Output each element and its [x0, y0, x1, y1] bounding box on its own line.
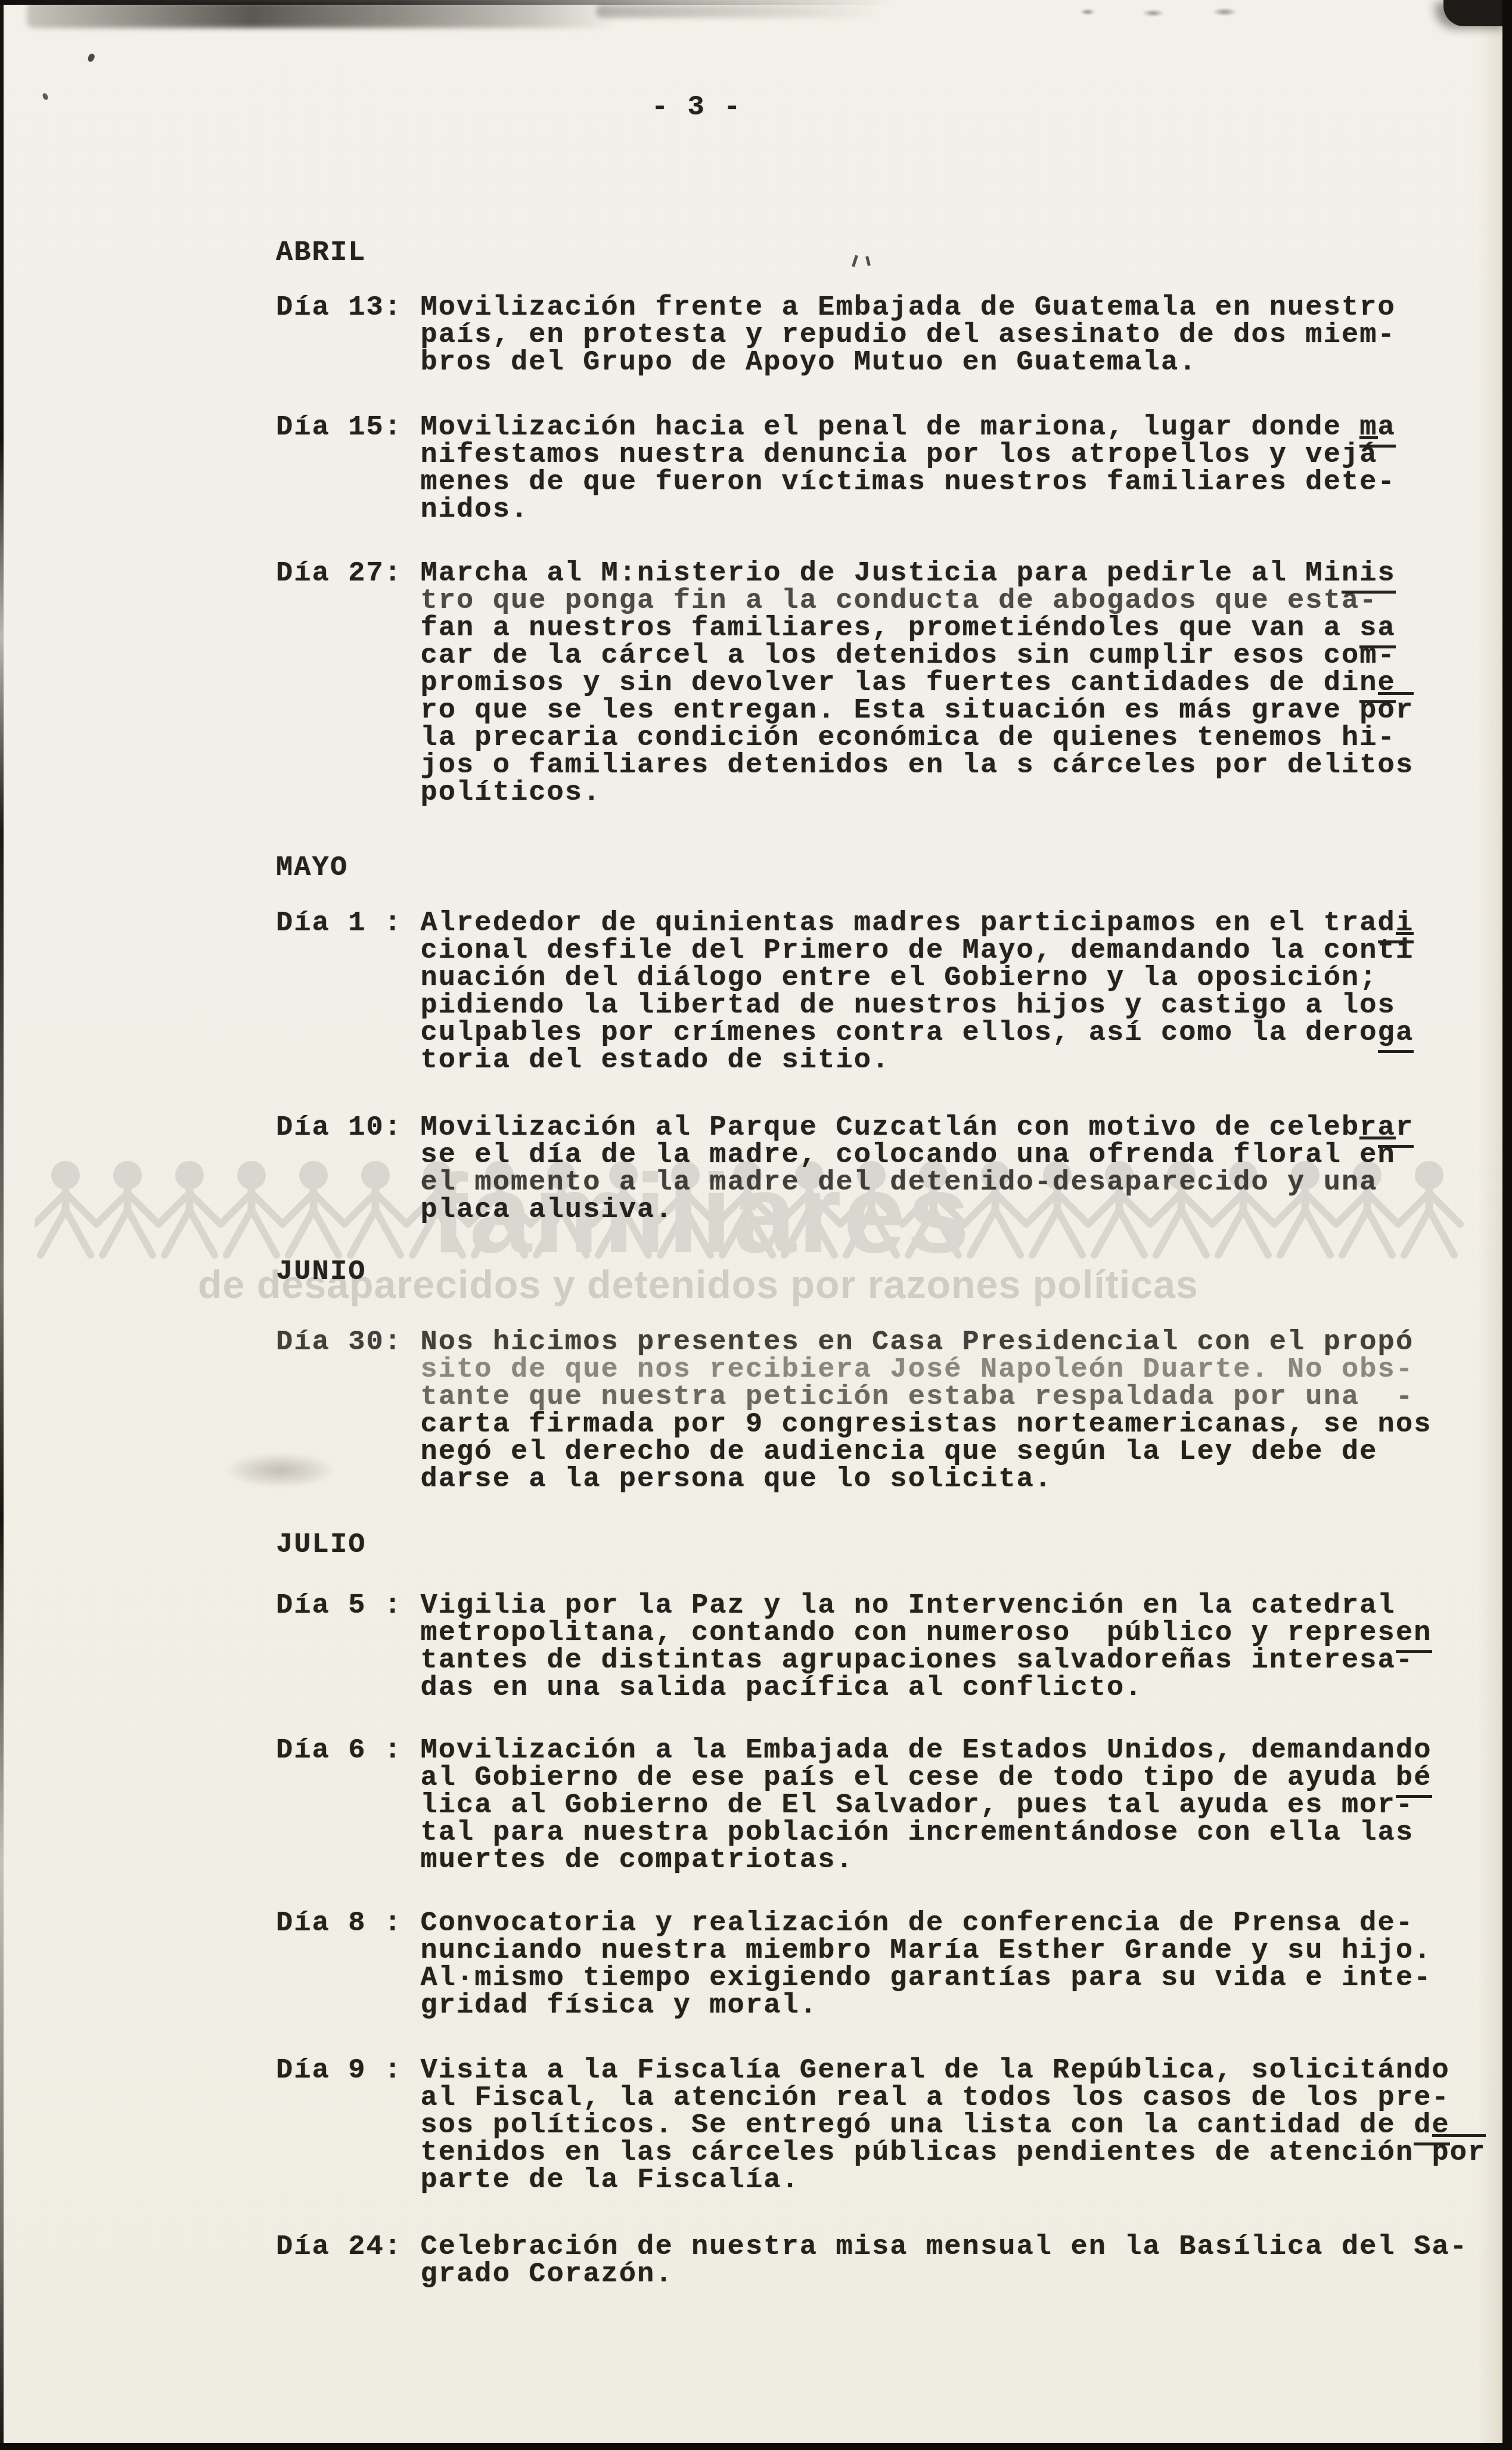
doc-line: bros del Grupo de Apoyo Mutuo en Guatema…: [276, 349, 1197, 377]
month-heading: MAYO: [276, 855, 348, 882]
scan-smudge: [27, 2, 617, 28]
doc-line: políticos.: [276, 780, 601, 807]
scan-edge-bottom: [0, 2443, 1512, 2450]
continuation-syllable: i: [1396, 932, 1414, 967]
doc-line: Día 6 : Movilización a la Embajada de Es…: [276, 1737, 1432, 1765]
doc-line: Día 15: Movilización hacia el penal de m…: [276, 414, 1396, 442]
doc-line: al Gobierno de ese país el cese de todo …: [276, 1765, 1432, 1792]
doc-line: negó el derecho de audiencia que según l…: [276, 1439, 1378, 1466]
scan-tick-marks: [852, 255, 876, 271]
scan-edge-shade: [1477, 0, 1502, 2450]
doc-line: muertes de compatriotas.: [276, 1847, 854, 1874]
scan-speck: [87, 53, 95, 63]
scan-edge-right: [1502, 0, 1512, 2450]
doc-line: Día 9 : Visita a la Fiscalía General de …: [276, 2057, 1450, 2085]
doc-line: nunciando nuestra miembro María Esther G…: [276, 1937, 1432, 1965]
doc-line: Día 13: Movilización frente a Embajada d…: [276, 294, 1396, 322]
doc-line: tro que ponga fin a la conducta de aboga…: [276, 588, 1378, 615]
doc-line: Día 27: Marcha al M:nisterio de Justicia…: [276, 560, 1396, 588]
doc-line: das en una salida pacífica al conflicto.: [276, 1675, 1143, 1702]
doc-line: pidiendo la libertad de nuestros hijos y…: [276, 992, 1396, 1020]
doc-line: metropolitana, contando con numeroso púb…: [276, 1620, 1432, 1647]
doc-line: al Fiscal, la atención real a todos los …: [276, 2085, 1450, 2112]
doc-line: fan a nuestros familiares, prometiéndole…: [276, 615, 1396, 642]
doc-line: cional desfile del Primero de Mayo, dema…: [276, 937, 1414, 965]
scan-corner-smudge: [1443, 0, 1512, 26]
doc-line: culpables por crímenes contra ellos, así…: [276, 1020, 1414, 1047]
doc-line: sito de que nos recibiera José Napoleón …: [276, 1356, 1414, 1384]
doc-line: Día 8 : Convocatoria y realización de co…: [276, 1910, 1414, 1937]
doc-line: se el día de la madre, colocando una ofr…: [276, 1142, 1396, 1169]
scan-edge-left: [0, 0, 4, 2450]
scan-speck: [42, 92, 49, 101]
doc-line: carta firmada por 9 congresistas norteam…: [276, 1411, 1432, 1439]
doc-line: Día 30: Nos hicimos presentes en Casa Pr…: [276, 1329, 1414, 1356]
scan-smudge: [596, 5, 882, 18]
doc-line: nuación del diálogo entre el Gobierno y …: [276, 965, 1378, 992]
doc-line: el momento a la madre del detenido-desap…: [276, 1169, 1378, 1197]
doc-line: Día 24: Celebración de nuestra misa mens…: [276, 2234, 1468, 2261]
month-heading: JULIO: [276, 1532, 367, 1559]
doc-line: gridad física y moral.: [276, 1992, 818, 2020]
doc-line: toria del estado de sitio.: [276, 1047, 890, 1075]
doc-line: car de la cárcel a los detenidos sin cum…: [276, 642, 1396, 670]
month-heading: ABRIL: [276, 240, 367, 267]
continuation-syllable: ga: [1378, 1017, 1414, 1053]
doc-line: la precaria condición económica de quien…: [276, 725, 1396, 752]
doc-line: Día 10: Movilización al Parque Cuzcatlán…: [276, 1114, 1414, 1142]
continuation-syllable: en: [1359, 1136, 1396, 1171]
doc-line: tal para nuestra población incrementándo…: [276, 1819, 1414, 1847]
doc-line: tante que nuestra petición estaba respal…: [276, 1384, 1414, 1411]
doc-line: nidos.: [276, 496, 529, 524]
continuation-syllable: por: [1432, 2134, 1486, 2169]
page-number: - 3 -: [651, 94, 742, 122]
doc-line: ro que se les entregan. Esta situación e…: [276, 697, 1414, 725]
doc-line: Día 5 : Vigilia por la Paz y la no Inter…: [276, 1592, 1396, 1620]
doc-line: tenidos en las cárceles públicas pendien…: [276, 2140, 1486, 2167]
doc-line: país, en protesta y repudio del asesinat…: [276, 322, 1396, 349]
doc-line: sos políticos. Se entregó una lista con …: [276, 2112, 1450, 2140]
doc-line: nifestamos nuestra denuncia por los atro…: [276, 442, 1378, 469]
doc-line: Día 1 : Alrededor de quinientas madres p…: [276, 910, 1414, 937]
doc-line: parte de la Fiscalía.: [276, 2167, 800, 2194]
doc-line: placa alusiva.: [276, 1197, 673, 1224]
doc-line: menes de que fueron víctimas nuestros fa…: [276, 469, 1396, 496]
doc-line: grado Corazón.: [276, 2261, 673, 2288]
scan-edge-top: [0, 0, 894, 5]
doc-line: Al·mismo tiempo exigiendo garantías para…: [276, 1965, 1432, 1992]
scan-smudge: [1070, 6, 1266, 19]
doc-line: promisos y sin devolver las fuertes cant…: [276, 670, 1396, 697]
month-heading: JUNIO: [276, 1259, 367, 1286]
continuation-syllable: or: [1378, 692, 1414, 726]
doc-line: darse a la persona que lo solicita.: [276, 1466, 1052, 1493]
continuation-syllable: á: [1359, 436, 1377, 471]
doc-line: lica al Gobierno de El Salvador, pues ta…: [276, 1792, 1414, 1819]
document-sheet: familiares de desaparecidos y detenidos …: [0, 0, 1512, 2450]
doc-line: jos o familiares detenidos en la s cárce…: [276, 752, 1414, 780]
doc-line: tantes de distintas agrupaciones salvado…: [276, 1647, 1414, 1675]
